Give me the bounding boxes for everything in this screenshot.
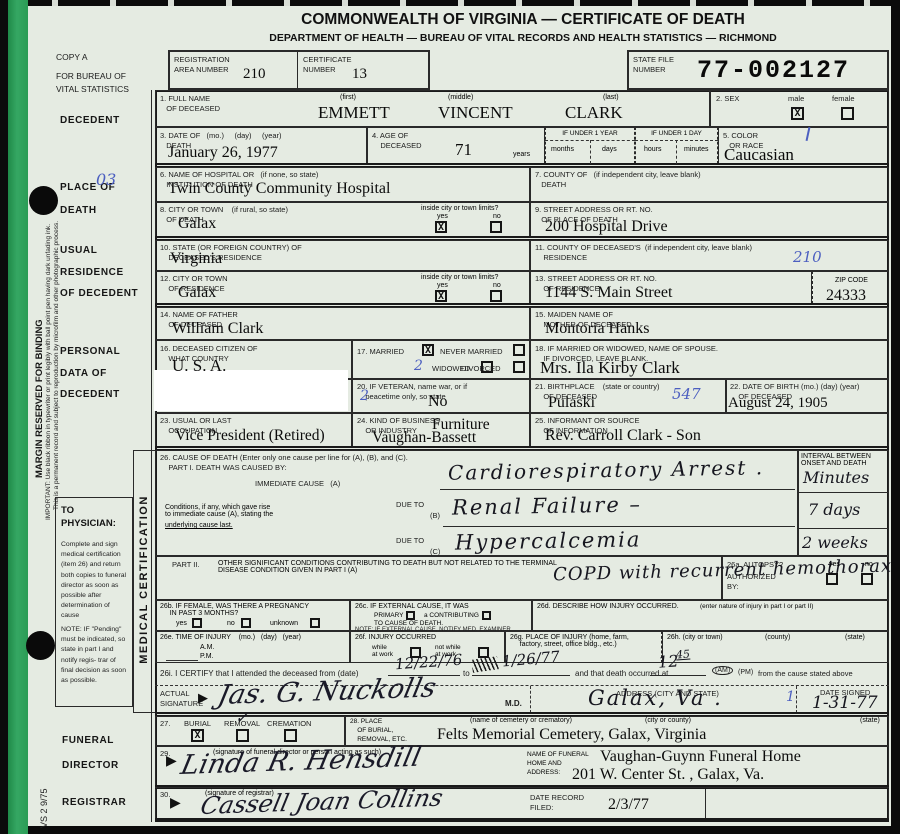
veteran-value: No bbox=[428, 393, 448, 411]
section-rule-5 bbox=[155, 712, 889, 716]
under-1-year-label: IF UNDER 1 YEAR bbox=[545, 130, 635, 137]
pregnancy-no-label: no bbox=[227, 620, 235, 627]
occupation-value: Vice President (Retired) bbox=[175, 427, 325, 445]
registration-area-value: 210 bbox=[243, 66, 266, 83]
field-box-1 bbox=[155, 90, 710, 127]
date-of-death-value: January 26, 1977 bbox=[168, 144, 278, 162]
limits-no-label-res: no bbox=[493, 282, 501, 289]
section-rule-6 bbox=[155, 785, 889, 789]
limits-yes-label-death: yes bbox=[437, 213, 448, 220]
am-circled-label: (AM) bbox=[712, 666, 733, 675]
months-label: months bbox=[551, 146, 574, 153]
state-sublabel: (state) bbox=[860, 717, 880, 724]
certify-text-3: from the cause stated above bbox=[758, 669, 853, 678]
divorced-label-visible: DIVORCED bbox=[461, 364, 501, 374]
married-label: 17. MARRIED bbox=[357, 347, 404, 357]
name-first-value: EMMETT bbox=[318, 103, 390, 123]
date-record-filed-value: 2/3/77 bbox=[608, 796, 649, 814]
interval-a-value: Minutes bbox=[803, 468, 869, 487]
pregnancy-yes-checkbox bbox=[192, 618, 202, 628]
funeral-home-address: 201 W. Center St. , Galax, Va. bbox=[572, 766, 764, 784]
to-physician-title: TO PHYSICIAN: bbox=[61, 505, 116, 531]
due-to-c-label: DUE TO bbox=[396, 536, 424, 546]
state-file-label: STATE FILE NUMBER bbox=[633, 55, 674, 75]
citizen-value: U. S. A. bbox=[172, 356, 226, 376]
certificate-number-label: CERTIFICATE NUMBER bbox=[303, 55, 351, 75]
section-rule-4 bbox=[155, 446, 889, 450]
middle-sublabel: (middle) bbox=[448, 94, 473, 101]
limits-no-checkbox-res bbox=[490, 290, 502, 302]
physician-address-value: Galax, Va . bbox=[588, 686, 723, 710]
external-cause-label: 26c. IF EXTERNAL CAUSE, IT WAS bbox=[355, 603, 469, 610]
burial-checkbox: X bbox=[191, 729, 204, 742]
cause-c-value: Hypercalcemia bbox=[455, 527, 642, 554]
race-value: Caucasian bbox=[724, 145, 794, 165]
contributing-checkbox bbox=[482, 611, 491, 620]
pregnancy-label: 26b. IF FEMALE, WAS THERE A PREGNANCY IN… bbox=[160, 603, 309, 617]
limits-label-death: inside city or town limits? bbox=[421, 205, 498, 212]
father-value: William Clark bbox=[172, 320, 263, 338]
injury-occurred-label: 26f. INJURY OCCURRED bbox=[355, 634, 436, 641]
under-1-day-divider bbox=[676, 140, 677, 164]
conditions-note-underlined: underlying cause last. bbox=[165, 522, 233, 529]
c-sublabel: (C) bbox=[430, 547, 440, 557]
primary-label: PRIMARY bbox=[374, 612, 404, 619]
am-label: A.M. bbox=[200, 644, 214, 651]
to-physician-note: NOTE: IF "Pending" must be indicated, so… bbox=[61, 625, 127, 686]
describe-injury-sublabel: (enter nature of injury in part I or par… bbox=[700, 603, 813, 610]
birthplace-value: Pulaski bbox=[548, 394, 595, 412]
under-1-day-label: IF UNDER 1 DAY bbox=[635, 130, 718, 137]
autopsy-no-label: no bbox=[865, 561, 873, 568]
under-1-year-divider bbox=[590, 140, 591, 164]
to-date-line bbox=[472, 675, 570, 676]
hospital-value: Twin County Community Hospital bbox=[168, 180, 390, 198]
hole-punch-top bbox=[29, 186, 58, 215]
interval-divider-2 bbox=[798, 528, 889, 529]
pm-label: P.M. bbox=[200, 653, 214, 660]
margin-important-line1: IMPORTANT: Use black ribbon in typewrite… bbox=[45, 224, 52, 520]
minutes-label: minutes bbox=[684, 146, 709, 153]
marital-annotation: 2 bbox=[414, 358, 423, 374]
cause-of-death-header: 26. CAUSE OF DEATH (Enter only one cause… bbox=[160, 453, 408, 473]
male-label: male bbox=[788, 94, 804, 104]
md-label: M.D. bbox=[505, 699, 522, 708]
injury-county-label: (county) bbox=[765, 634, 790, 641]
certify-to: to bbox=[463, 669, 470, 678]
certificate-number-value: 13 bbox=[352, 66, 367, 83]
time-blank-line bbox=[166, 660, 198, 661]
scan-edge-left bbox=[0, 0, 8, 834]
place-of-burial-label: 28. PLACE OF BURIAL, REMOVAL, ETC. bbox=[350, 718, 407, 744]
name-middle-value: VINCENT bbox=[438, 103, 513, 123]
divorced-checkbox bbox=[513, 361, 525, 373]
informant-value: Rev. Carroll Clark - Son bbox=[545, 427, 701, 445]
zip-value: 24333 bbox=[826, 287, 866, 305]
death-time-minutes: 45 bbox=[676, 648, 691, 662]
dob-value: August 24, 1905 bbox=[728, 395, 828, 412]
birthplace-code-annotation: 547 bbox=[672, 385, 701, 403]
sex-label: 2. SEX bbox=[716, 94, 739, 104]
county-of-death-label: 7. COUNTY OF (if independent city, leave… bbox=[535, 170, 701, 190]
section-rule-3 bbox=[155, 303, 889, 307]
death-time-line bbox=[650, 675, 706, 676]
margin-binding-text: MARGIN RESERVED FOR BINDING bbox=[34, 319, 45, 478]
age-value: 71 bbox=[455, 140, 472, 160]
burial-label: BURIAL bbox=[184, 719, 211, 729]
primary-checkbox bbox=[406, 611, 415, 620]
pregnancy-yes-label: yes bbox=[176, 620, 187, 627]
state-residence-value: Virginia bbox=[170, 250, 222, 268]
describe-injury-label: 26d. DESCRIBE HOW INJURY OCCURRED. bbox=[537, 603, 679, 610]
section-registrar: REGISTRAR bbox=[62, 797, 126, 808]
certificate-title: COMMONWEALTH OF VIRGINIA — CERTIFICATE O… bbox=[157, 11, 889, 29]
autopsy-label: 26a. AUTOPSY? bbox=[727, 560, 783, 570]
cremation-label: CREMATION bbox=[267, 719, 311, 729]
date-record-filed-label: DATE RECORD FILED: bbox=[530, 793, 584, 813]
cause-a-underline bbox=[440, 489, 795, 490]
street-residence-value: 1144 S. Main Street bbox=[545, 284, 672, 302]
interval-b-value: 7 days bbox=[808, 500, 860, 519]
veteran-annotation: 2 bbox=[360, 388, 369, 404]
female-checkbox bbox=[841, 107, 854, 120]
street-of-death-value: 200 Hospital Drive bbox=[545, 218, 668, 236]
state-file-number: 77-002127 bbox=[697, 56, 850, 85]
pregnancy-unknown-checkbox bbox=[310, 618, 320, 628]
place-code-annotation: 03 bbox=[96, 170, 116, 189]
copy-a-label: COPY A bbox=[56, 52, 88, 62]
immediate-cause-label: IMMEDIATE CAUSE (A) bbox=[255, 479, 340, 489]
redaction-whiteout bbox=[154, 370, 348, 411]
county-code-annotation: 210 bbox=[793, 248, 822, 266]
while-at-work-label: while at work bbox=[372, 644, 393, 658]
date-signed-value: 1-31-77 bbox=[812, 693, 878, 713]
limits-label-res: inside city or town limits? bbox=[421, 274, 498, 281]
female-label: female bbox=[832, 94, 855, 104]
male-checkbox: X bbox=[791, 107, 804, 120]
b-sublabel: (B) bbox=[430, 511, 440, 521]
to-cause-label: TO CAUSE OF DEATH. bbox=[374, 620, 443, 627]
time-of-injury-label: 26e. TIME OF INJURY (mo.) (day) (year) bbox=[160, 634, 301, 641]
full-name-label: 1. FULL NAME OF DECEASED bbox=[160, 94, 220, 114]
certify-text-2: and that death occurred at bbox=[575, 669, 668, 678]
years-label: years bbox=[513, 151, 530, 158]
spouse-value: Mrs. Ila Kirby Clark bbox=[540, 358, 680, 378]
scan-edge-bottom bbox=[0, 826, 900, 834]
section-rule-2 bbox=[155, 236, 889, 240]
mother-value: Montoria Hanks bbox=[545, 320, 649, 338]
funeral-signature-arrow-icon bbox=[166, 752, 177, 769]
registrar-signature-arrow-icon bbox=[170, 794, 181, 811]
not-while-at-work-checkbox bbox=[478, 647, 489, 658]
registrar-divider bbox=[705, 787, 706, 820]
form-left-double-rule bbox=[151, 90, 152, 822]
last-sublabel: (last) bbox=[603, 94, 619, 101]
limits-no-checkbox-death bbox=[490, 221, 502, 233]
for-bureau-label: FOR BUREAU OF VITAL STATISTICS bbox=[56, 70, 129, 96]
business-value-2: Vaughan-Bassett bbox=[372, 429, 476, 447]
pregnancy-no-checkbox bbox=[241, 618, 251, 628]
city-county-sublabel: (city or county) bbox=[645, 717, 691, 724]
days-label: days bbox=[602, 146, 617, 153]
section-personal-data: PERSONAL DATA OF DECEDENT bbox=[60, 341, 120, 406]
form-number: VS 2 9/75 bbox=[39, 788, 49, 828]
scanned-death-certificate: COMMONWEALTH OF VIRGINIA — CERTIFICATE O… bbox=[0, 0, 900, 834]
autopsy-yes-label: yes bbox=[829, 561, 840, 568]
margin-important-line2: This is a permanent record and subject t… bbox=[53, 221, 60, 510]
first-sublabel: (first) bbox=[340, 94, 356, 101]
section-usual-residence: USUAL RESIDENCE OF DECEDENT bbox=[60, 240, 138, 305]
conditions-note: Conditions, if any, which gave rise to i… bbox=[165, 504, 273, 518]
interval-c-value: 2 weeks bbox=[802, 533, 868, 552]
place-of-injury-label: 26g. PLACE OF INJURY (home, farm, factor… bbox=[510, 634, 629, 648]
pregnancy-unknown-label: unknown bbox=[270, 620, 298, 627]
section-rule-bottom bbox=[155, 818, 889, 822]
green-binding-strip bbox=[8, 0, 28, 834]
external-note-label: NOTE: IF EXTERNAL CAUSE, NOTIFY MED. EXA… bbox=[355, 627, 511, 633]
burial-place-value: Felts Memorial Cemetery, Galax, Virginia bbox=[437, 726, 706, 744]
due-to-b-label: DUE TO bbox=[396, 500, 424, 510]
authorized-by-label: AUTHORIZED BY: bbox=[727, 572, 776, 592]
age-label: 4. AGE OF DECEASED bbox=[372, 131, 422, 151]
part2-label: PART II. bbox=[172, 560, 200, 570]
city-residence-value: Galax bbox=[178, 284, 216, 302]
medical-certification-label: MEDICAL CERTIFICATION bbox=[138, 457, 150, 702]
limits-yes-checkbox-res: X bbox=[435, 290, 447, 302]
removal-pen-stroke: ✓ bbox=[235, 708, 248, 727]
cremation-checkbox bbox=[284, 729, 297, 742]
name-last-value: CLARK bbox=[565, 103, 623, 123]
zip-label: ZIP CODE bbox=[835, 277, 868, 284]
hours-label: hours bbox=[644, 146, 662, 153]
contributing-label: a CONTRIBUTING bbox=[424, 612, 479, 619]
interval-label: INTERVAL BETWEEN ONSET AND DEATH bbox=[801, 453, 871, 467]
never-married-label: NEVER MARRIED bbox=[440, 347, 503, 357]
actual-signature-label: ACTUAL SIGNATURE bbox=[160, 689, 203, 709]
interval-divider-1 bbox=[798, 492, 889, 493]
hole-punch-bottom bbox=[26, 631, 55, 660]
limits-yes-checkbox-death: X bbox=[435, 221, 447, 233]
autopsy-no-checkbox bbox=[861, 573, 873, 585]
autopsy-yes-checkbox bbox=[826, 573, 838, 585]
pm-paren-label: (PM) bbox=[738, 669, 753, 676]
to-physician-body: Complete and sign medical certification … bbox=[61, 540, 127, 622]
cemetery-sublabel: (name of cemetery or crematory) bbox=[470, 717, 572, 724]
signature-arrow-icon bbox=[198, 690, 208, 706]
married-checkbox: X bbox=[422, 344, 434, 356]
certificate-subtitle: DEPARTMENT OF HEALTH — BUREAU OF VITAL R… bbox=[157, 32, 889, 44]
box27-number: 27. bbox=[160, 719, 170, 729]
signed-annotation: 1 bbox=[786, 689, 795, 705]
removal-checkbox bbox=[236, 729, 249, 742]
part2-text: OTHER SIGNIFICANT CONDITIONS CONTRIBUTIN… bbox=[218, 560, 557, 574]
section-funeral-director: FUNERAL DIRECTOR bbox=[62, 728, 119, 778]
veteran-label: 20. IF VETERAN, name war, or if peacetim… bbox=[357, 382, 467, 402]
county-residence-label: 11. COUNTY OF DECEASED'S (if independent… bbox=[535, 243, 752, 263]
injury-state-label: (state) bbox=[845, 634, 865, 641]
cause-b-value: Renal Failure – bbox=[452, 492, 642, 519]
city-of-death-value: Galax bbox=[178, 215, 216, 233]
never-married-checkbox bbox=[513, 344, 525, 356]
scan-edge-right bbox=[891, 0, 900, 834]
registration-area-label: REGISTRATION AREA NUMBER bbox=[174, 55, 230, 75]
section-decedent: DECEDENT bbox=[60, 115, 120, 126]
limits-yes-label-res: yes bbox=[437, 282, 448, 289]
funeral-home-name: Vaughan-Guynn Funeral Home bbox=[600, 748, 801, 766]
box30-number: 30. bbox=[160, 790, 170, 800]
injury-city-label: 26h. (city or town) bbox=[667, 634, 723, 641]
registration-divider bbox=[297, 50, 298, 90]
limits-no-label-death: no bbox=[493, 213, 501, 220]
